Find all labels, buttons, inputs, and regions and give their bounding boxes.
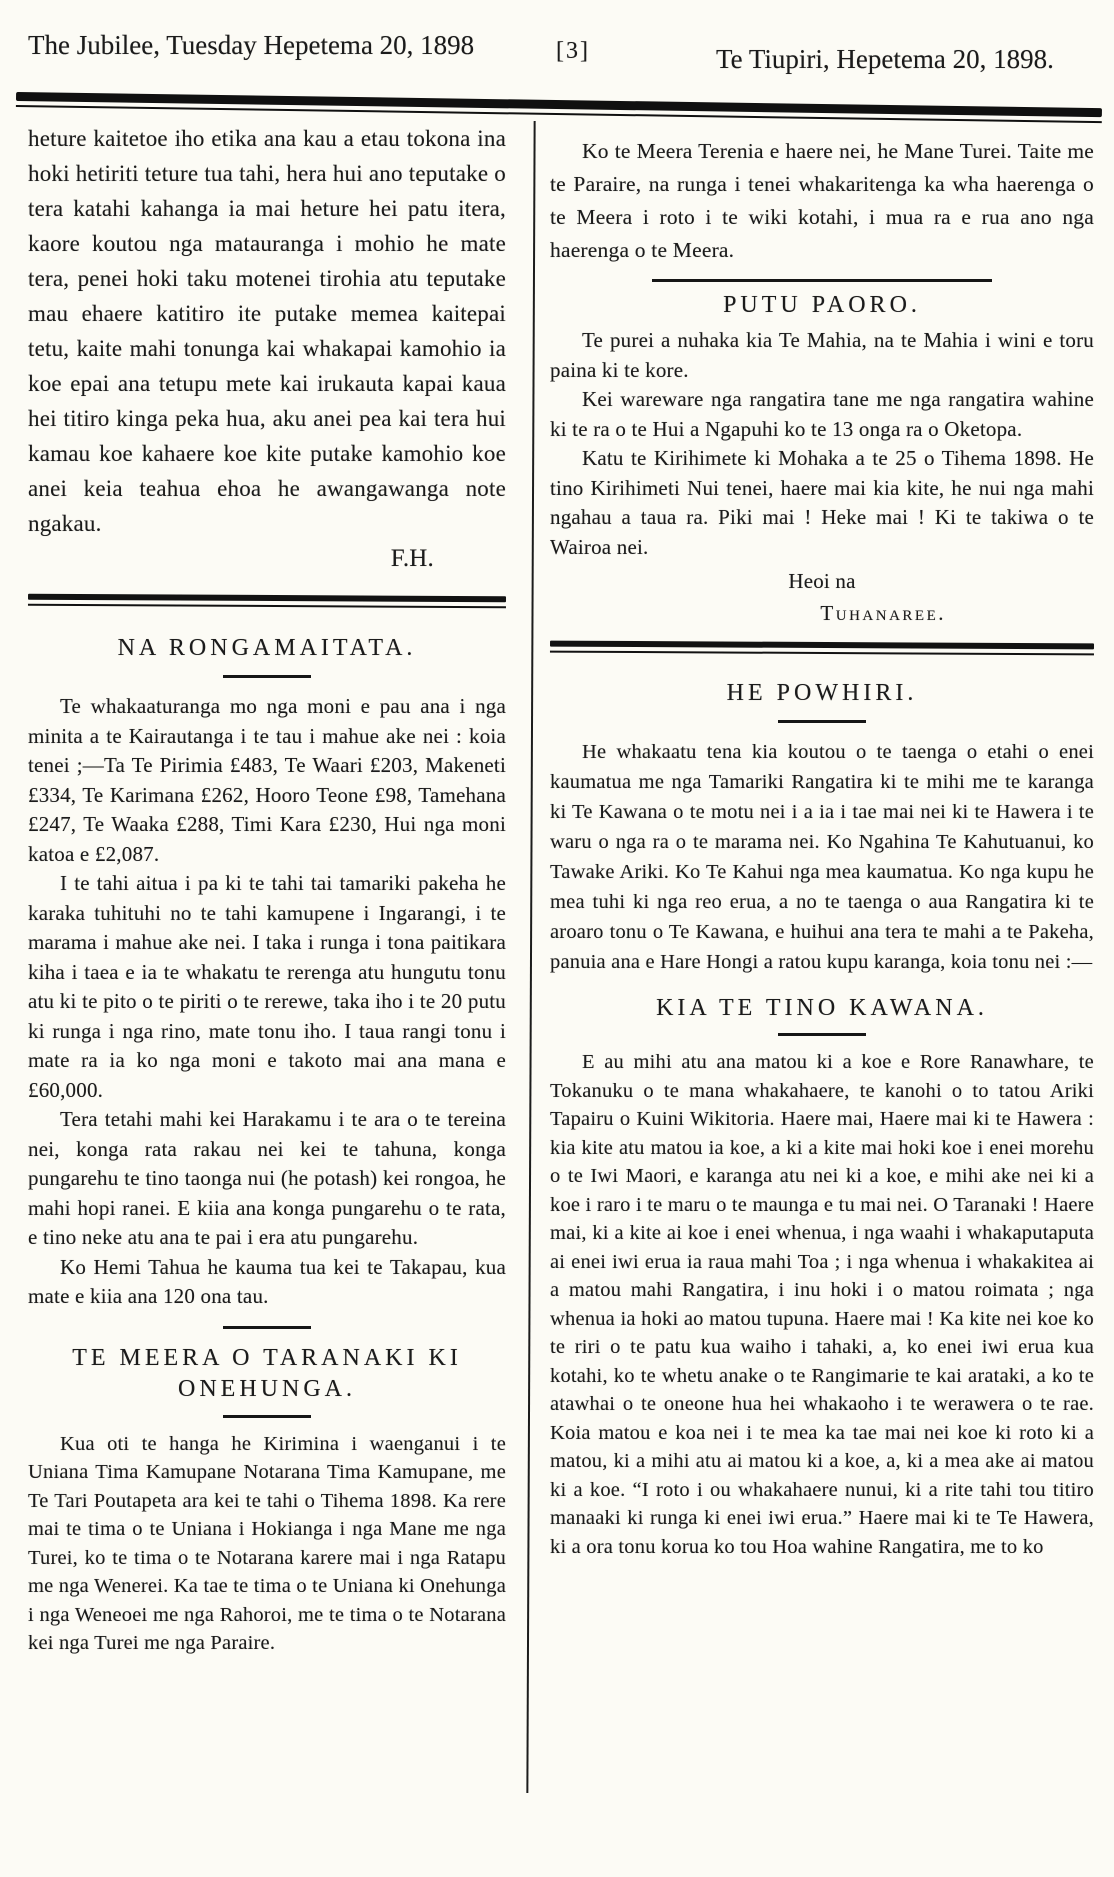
divider-rule-thin: [28, 604, 506, 609]
article-meera-notice: Ko te Meera Terenia e haere nei, he Mane…: [550, 135, 1094, 267]
divider-rule-thick: [550, 641, 1094, 650]
masthead-page-number: [3]: [556, 38, 590, 65]
masthead: The Jubilee, Tuesday Hepetema 20, 1898 […: [0, 0, 1114, 92]
article-title: HE POWHIRI.: [550, 678, 1094, 708]
page-body: heture kaitetoe iho etika ana kau a etau…: [0, 107, 1114, 1793]
article-kia-te-tino-kawana: KIA TE TINO KAWANA. E au mihi atu ana ma…: [550, 993, 1094, 1561]
paragraph: Katu te Kirihimete ki Mohaka a te 25 o T…: [550, 444, 1094, 562]
section-separator-rule: [223, 1326, 311, 1329]
divider-rule-thick: [28, 594, 506, 603]
paragraph: Kua oti te hanga he Kirimina i waenganui…: [28, 1430, 506, 1658]
masthead-left-title: The Jubilee, Tuesday Hepetema 20, 1898: [28, 30, 474, 61]
article-letter-continuation: heture kaitetoe iho etika ana kau a etau…: [28, 121, 506, 573]
title-underline-rule: [778, 1033, 866, 1036]
article-title: TE MEERA O TARANAKI KI ONEHUNGA.: [52, 1343, 482, 1405]
title-underline-rule: [223, 675, 311, 678]
paragraph: Ko Hemi Tahua he kauma tua kei te Takapa…: [28, 1253, 506, 1312]
title-underline-rule: [778, 720, 866, 723]
paragraph: Ko te Meera Terenia e haere nei, he Mane…: [550, 135, 1094, 267]
paragraph: Kei wareware nga rangatira tane me nga r…: [550, 385, 1094, 444]
column-divider-rule: [526, 121, 535, 1793]
paragraph: Te whakaaturanga mo nga moni e pau ana i…: [28, 692, 506, 869]
paragraph: Te purei a nuhaka kia Te Mahia, na te Ma…: [550, 326, 1094, 385]
article-te-meera-o-taranaki: TE MEERA O TARANAKI KI ONEHUNGA. Kua oti…: [28, 1343, 506, 1658]
paragraph: He whakaatu tena kia koutou o te taenga …: [550, 737, 1094, 977]
paragraph: E au mihi atu ana matou ki a koe e Rore …: [550, 1048, 1094, 1561]
article-na-rongamaitata: NA RONGAMAITATA. Te whakaaturanga mo nga…: [28, 633, 506, 1312]
article-signature: Tuhanaree.: [550, 598, 1094, 628]
article-title: NA RONGAMAITATA.: [28, 633, 506, 663]
paragraph: Tera tetahi mahi kei Harakamu i te ara o…: [28, 1105, 506, 1253]
divider-rule-thin: [550, 651, 1094, 656]
title-underline-rule: [223, 1415, 311, 1418]
newspaper-page: The Jubilee, Tuesday Hepetema 20, 1898 […: [0, 0, 1114, 1877]
letter-signature: F.H.: [28, 545, 506, 573]
article-closing: Heoi na: [550, 566, 1094, 596]
article-title: PUTU PAORO.: [550, 290, 1094, 320]
section-separator-rule: [652, 279, 992, 282]
right-column: Ko te Meera Terenia e haere nei, he Mane…: [550, 121, 1094, 1561]
letter-body: heture kaitetoe iho etika ana kau a etau…: [28, 121, 506, 541]
left-column: heture kaitetoe iho etika ana kau a etau…: [28, 121, 506, 1658]
paragraph: I te tahi aitua i pa ki te tahi tai tama…: [28, 869, 506, 1105]
article-title: KIA TE TINO KAWANA.: [550, 993, 1094, 1023]
article-he-powhiri: HE POWHIRI. He whakaatu tena kia koutou …: [550, 678, 1094, 977]
article-putu-paoro: PUTU PAORO. Te purei a nuhaka kia Te Mah…: [550, 290, 1094, 628]
section-divider-rule: [28, 594, 506, 609]
masthead-right-title: Te Tiupiri, Hepetema 20, 1898.: [716, 44, 1054, 75]
section-divider-rule: [550, 641, 1094, 656]
